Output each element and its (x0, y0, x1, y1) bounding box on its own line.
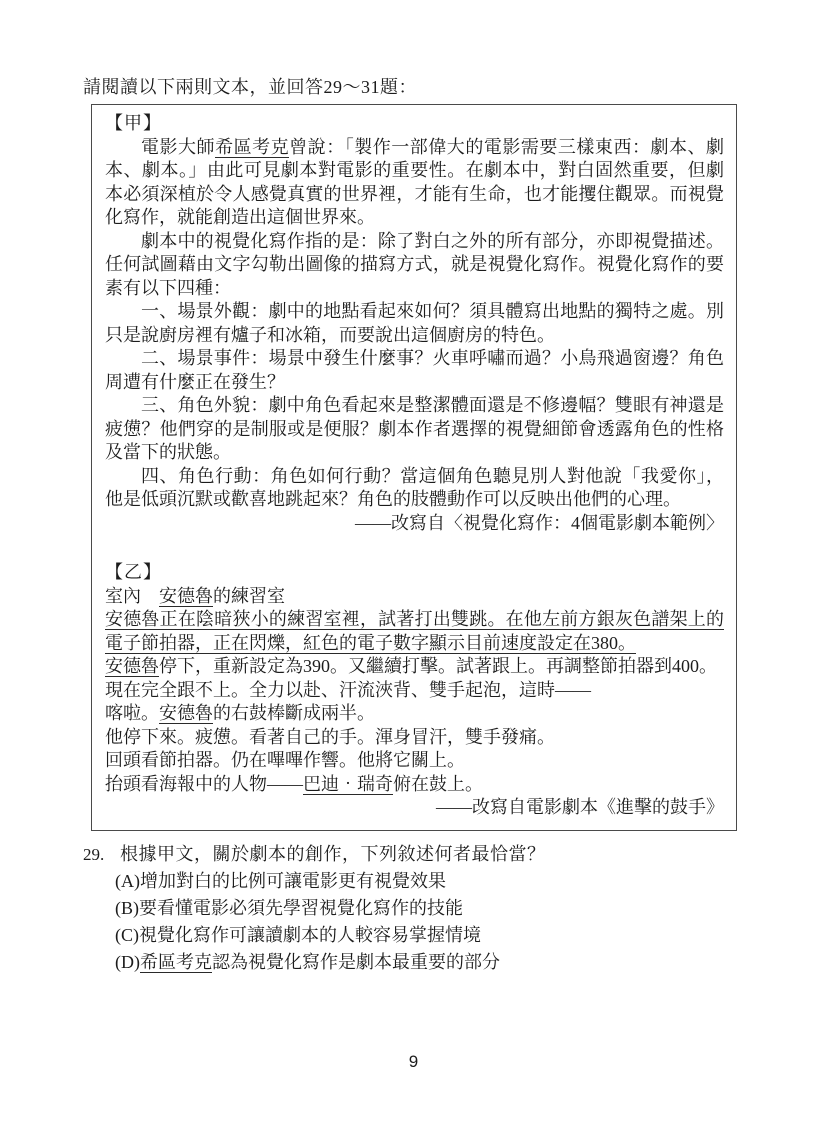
yi-slugline: 室內 安德魯的練習室 (105, 585, 724, 609)
yi-line-5: 他停下來。疲憊。看著自己的手。渾身冒汗，雙手發痛。 (105, 726, 724, 750)
yi-line-6: 回頭看節拍器。仍在嗶嗶作響。他將它關上。 (105, 749, 724, 773)
text-segment: 室內 (105, 586, 159, 606)
option-a: (A)增加對白的比例可讓電影更有視覺效果 (115, 868, 731, 895)
passage-box: 【甲】 電影大師希區考克曾說：「製作一部偉大的電影需要三樣東西：劇本、劇本、劇本… (91, 104, 737, 831)
text-segment: 的右鼓棒斷成兩半。 (213, 703, 375, 723)
text-segment: (A)增加對白的比例可讓電影更有視覺效果 (115, 871, 446, 891)
underlined-proper-noun: 希區考克 (215, 137, 289, 158)
yi-line-1: 安德魯正在陰暗狹小的練習室裡，試著打出雙跳。在他左前方銀灰色譜架上的電子節拍器，… (105, 608, 724, 655)
option-c: (C)視覺化寫作可讓讀劇本的人較容易掌握情境 (115, 922, 731, 949)
text-segment: 二、場景事件：場景中發生什麼事？火車呼嘯而過？小鳥飛過窗邊？角色周遭有什麼正在發… (105, 348, 724, 392)
question-options: (A)增加對白的比例可讓電影更有視覺效果 (B)要看懂電影必須先學習視覺化寫作的… (83, 868, 731, 976)
yi-line-3: 現在完全跟不上。全力以赴、汗流浹背、雙手起泡，這時—— (105, 679, 724, 703)
jia-list-item-1: 一、場景外觀：劇中的地點看起來如何？須具體寫出地點的獨特之處。別只是說廚房裡有爐… (105, 300, 724, 347)
jia-paragraph-1: 電影大師希區考克曾說：「製作一部偉大的電影需要三樣東西：劇本、劇本、劇本。」由此… (105, 136, 724, 230)
yi-line-4: 喀啦。安德魯的右鼓棒斷成兩半。 (105, 702, 724, 726)
yi-line-2: 安德魯停下，重新設定為390。又繼續打擊。試著跟上。再調整節拍器到400。 (105, 655, 724, 679)
underlined-proper-noun: 安德魯 (105, 656, 159, 677)
page-number: 9 (0, 1052, 827, 1072)
text-segment: 停下，重新設定為390。又繼續打擊。試著跟上。再調整節拍器到400。 (159, 656, 717, 676)
text-segment: 現在完全跟不上。全力以赴、汗流浹背、雙手起泡，這時—— (105, 680, 591, 700)
instruction-line: 請閱讀以下兩則文本，並回答29～31題： (83, 73, 417, 99)
question-number: 29. (83, 841, 120, 868)
jia-attribution: ——改寫自〈視覺化寫作：4個電影劇本範例〉 (105, 512, 724, 536)
text-segment: 回頭看節拍器。仍在嗶嗶作響。他將它關上。 (105, 750, 465, 770)
text-segment: 一、場景外觀：劇中的地點看起來如何？須具體寫出地點的獨特之處。別只是說廚房裡有爐… (105, 301, 724, 345)
exam-page: 請閱讀以下兩則文本，並回答29～31題： 【甲】 電影大師希區考克曾說：「製作一… (0, 0, 827, 1142)
underlined-proper-noun: 巴迪‧瑞奇 (303, 774, 393, 795)
text-segment: (B)要看懂電影必須先學習視覺化寫作的技能 (115, 898, 463, 918)
text-segment: 他停下來。疲憊。看著自己的手。渾身冒汗，雙手發痛。 (105, 727, 555, 747)
text-segment: 俯在鼓上。 (393, 774, 483, 794)
question-29: 29. 根據甲文，關於劇本的創作，下列敘述何者最恰當？ (A)增加對白的比例可讓… (83, 841, 731, 976)
underlined-proper-noun: 希區考克 (140, 952, 212, 973)
text-segment: 劇本中的視覺化寫作指的是：除了對白之外的所有部分，亦即視覺描述。任何試圖藉由文字… (105, 231, 724, 298)
jia-list-item-2: 二、場景事件：場景中發生什麼事？火車呼嘯而過？小鳥飛過窗邊？角色周遭有什麼正在發… (105, 347, 724, 394)
question-stem: 根據甲文，關於劇本的創作，下列敘述何者最恰當？ (120, 841, 546, 868)
jia-list-item-4: 四、角色行動：角色如何行動？當這個角色聽見別人對他說「我愛你」，他是低頭沉默或歡… (105, 465, 724, 512)
text-segment: 抬頭看海報中的人物—— (105, 774, 303, 794)
jia-paragraph-2: 劇本中的視覺化寫作指的是：除了對白之外的所有部分，亦即視覺描述。任何試圖藉由文字… (105, 230, 724, 301)
option-b: (B)要看懂電影必須先學習視覺化寫作的技能 (115, 895, 731, 922)
text-segment: 三、角色外貌：劇中角色看起來是整潔體面還是不修邊幅？雙眼有神還是疲憊？他們穿的是… (105, 395, 724, 462)
text-segment: 四、角色行動：角色如何行動？當這個角色聽見別人對他說「我愛你」，他是低頭沉默或歡… (105, 466, 724, 510)
section-jia-heading: 【甲】 (105, 112, 724, 136)
yi-attribution: ——改寫自電影劇本《進擊的鼓手》 (105, 796, 724, 820)
question-stem-row: 29. 根據甲文，關於劇本的創作，下列敘述何者最恰當？ (83, 841, 731, 868)
jia-list-item-3: 三、角色外貌：劇中角色看起來是整潔體面還是不修邊幅？雙眼有神還是疲憊？他們穿的是… (105, 394, 724, 465)
text-segment: 喀啦。 (105, 703, 159, 723)
text-segment: (C)視覺化寫作可讓讀劇本的人較容易掌握情境 (115, 925, 481, 945)
option-d: (D)希區考克認為視覺化寫作是劇本最重要的部分 (115, 949, 731, 976)
text-segment: 的練習室 (213, 586, 285, 606)
yi-line-7: 抬頭看海報中的人物——巴迪‧瑞奇俯在鼓上。 (105, 773, 724, 797)
underlined-proper-noun: 安德魯 (159, 586, 213, 607)
text-segment: (D) (115, 952, 140, 972)
underlined-proper-noun: 安德魯 (159, 703, 213, 724)
text-segment: 認為視覺化寫作是劇本最重要的部分 (212, 952, 500, 972)
underlined-proper-noun: 安德魯正在陰暗狹小的練習室裡，試著打出雙跳。在他左前方銀灰色譜架上的電子節拍器，… (105, 609, 724, 654)
text-segment: 電影大師 (141, 137, 215, 157)
section-yi-heading: 【乙】 (105, 561, 724, 585)
